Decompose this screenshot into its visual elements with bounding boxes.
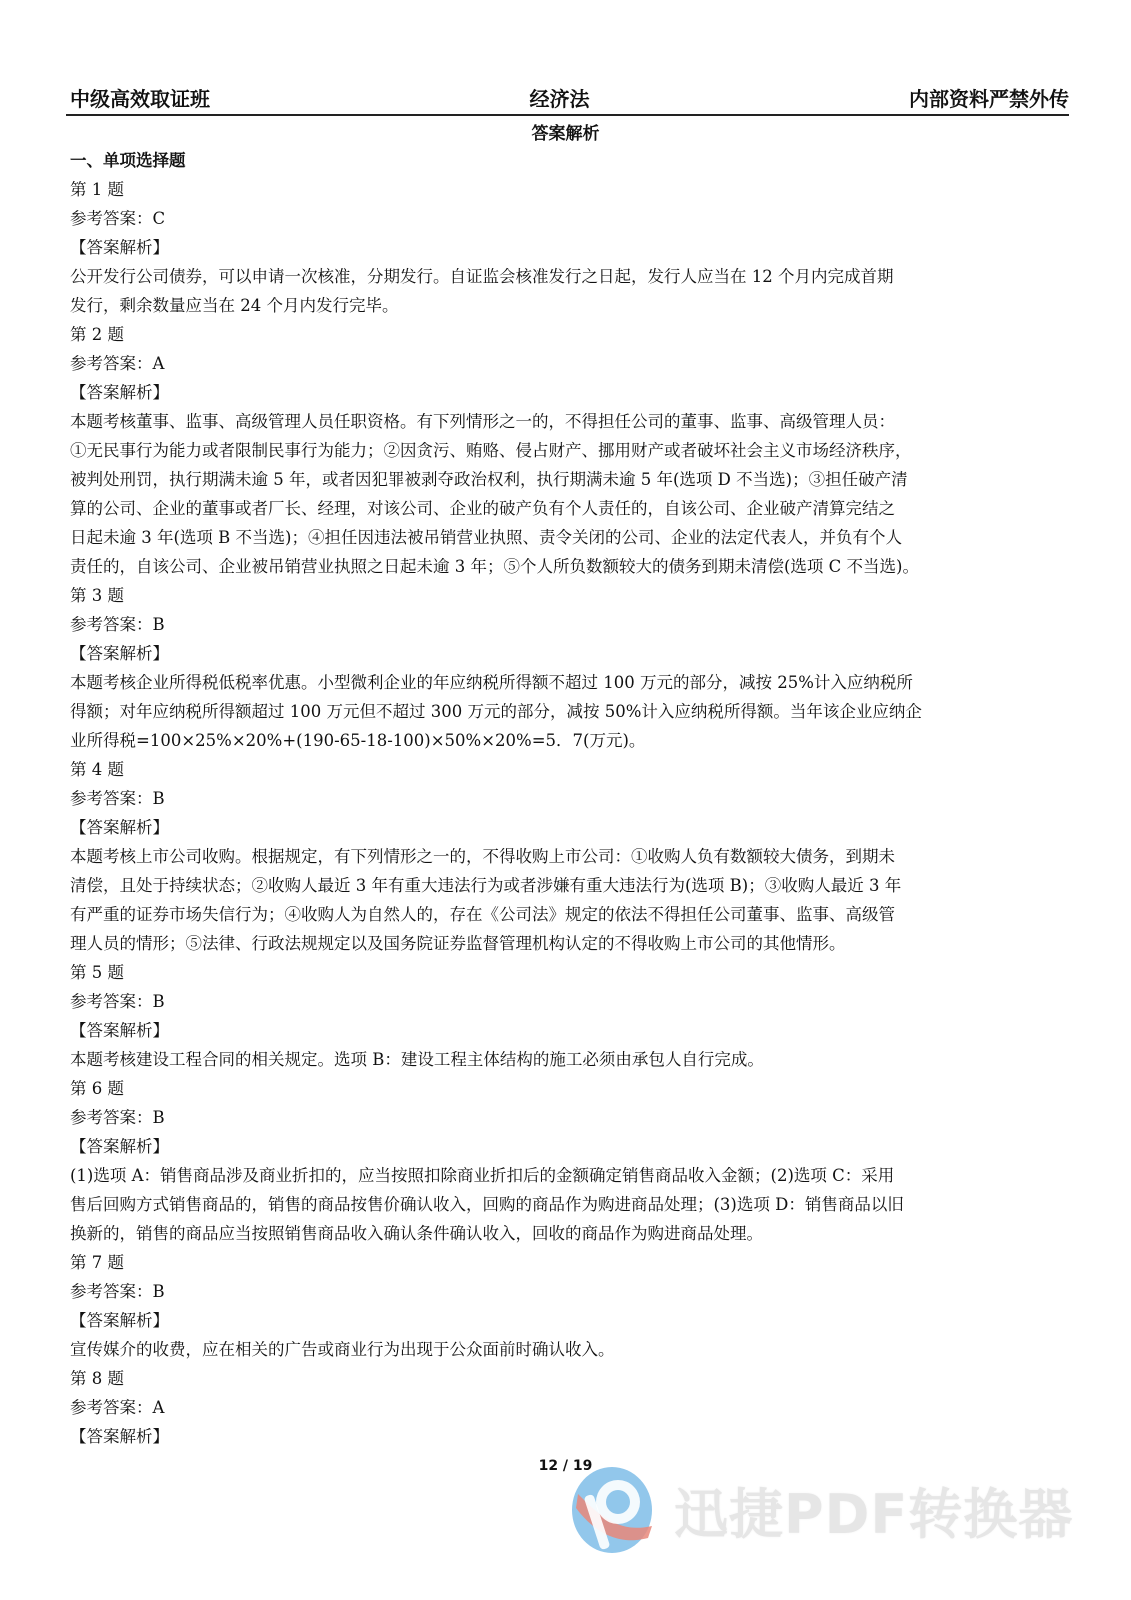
- analysis-line: 宣传媒介的收费，应在相关的广告或商业行为出现于公众面前时确认收入。: [70, 1335, 1067, 1364]
- question-block: 第 3 题 参考答案：B 【答案解析】 本题考核企业所得税低税率优惠。小型微利企…: [70, 581, 1067, 755]
- question-label: 第 1 题: [70, 175, 1067, 204]
- watermark: 迅捷PDF转换器: [568, 1455, 1088, 1565]
- header-left: 中级高效取证班: [70, 83, 210, 112]
- reference-answer: 参考答案：B: [70, 1103, 1067, 1132]
- analysis-line: 算的公司、企业的董事或者厂长、经理，对该公司、企业的破产负有个人责任的，自该公司…: [70, 494, 1067, 523]
- document-title: 答案解析: [0, 119, 1131, 144]
- question-label: 第 7 题: [70, 1248, 1067, 1277]
- analysis-label: 【答案解析】: [70, 1422, 1067, 1451]
- watermark-text: 迅捷PDF转换器: [674, 1472, 1073, 1549]
- analysis-label: 【答案解析】: [70, 233, 1067, 262]
- analysis-line: 本题考核上市公司收购。根据规定，有下列情形之一的，不得收购上市公司：①收购人负有…: [70, 842, 1067, 871]
- question-label: 第 3 题: [70, 581, 1067, 610]
- analysis-line: 本题考核企业所得税低税率优惠。小型微利企业的年应纳税所得额不超过 100 万元的…: [70, 668, 1067, 697]
- analysis-line: 公开发行公司债券，可以申请一次核准，分期发行。自证监会核准发行之日起，发行人应当…: [70, 262, 1067, 291]
- question-block: 第 5 题 参考答案：B 【答案解析】 本题考核建设工程合同的相关规定。选项 B…: [70, 958, 1067, 1074]
- reference-answer: 参考答案：A: [70, 349, 1067, 378]
- analysis-line: 清偿，且处于持续状态；②收购人最近 3 年有重大违法行为或者涉嫌有重大违法行为(…: [70, 871, 1067, 900]
- question-label: 第 6 题: [70, 1074, 1067, 1103]
- xunjie-pdf-logo-icon: [568, 1464, 656, 1556]
- analysis-line: 责任的，自该公司、企业被吊销营业执照之日起未逾 3 年；⑤个人所负数额较大的债务…: [70, 552, 1067, 581]
- question-block: 第 7 题 参考答案：B 【答案解析】 宣传媒介的收费，应在相关的广告或商业行为…: [70, 1248, 1067, 1364]
- analysis-line: 日起未逾 3 年(选项 B 不当选)；④担任因违法被吊销营业执照、责令关闭的公司…: [70, 523, 1067, 552]
- reference-answer: 参考答案：B: [70, 610, 1067, 639]
- section-heading: 一、单项选择题: [70, 146, 1067, 175]
- question-block: 第 4 题 参考答案：B 【答案解析】 本题考核上市公司收购。根据规定，有下列情…: [70, 755, 1067, 958]
- analysis-label: 【答案解析】: [70, 378, 1067, 407]
- analysis-label: 【答案解析】: [70, 1016, 1067, 1045]
- question-block: 第 8 题 参考答案：A 【答案解析】: [70, 1364, 1067, 1451]
- reference-answer: 参考答案：C: [70, 204, 1067, 233]
- analysis-label: 【答案解析】: [70, 1132, 1067, 1161]
- question-block: 第 1 题 参考答案：C 【答案解析】 公开发行公司债券，可以申请一次核准，分期…: [70, 175, 1067, 320]
- analysis-line: ①无民事行为能力或者限制民事行为能力；②因贪污、贿赂、侵占财产、挪用财产或者破坏…: [70, 436, 1067, 465]
- page-header: 中级高效取证班 经济法 内部资料严禁外传: [70, 80, 1069, 114]
- analysis-line: 售后回购方式销售商品的，销售的商品按售价确认收入，回购的商品作为购进商品处理；(…: [70, 1190, 1067, 1219]
- document-body: 一、单项选择题 第 1 题 参考答案：C 【答案解析】 公开发行公司债券，可以申…: [70, 146, 1067, 1451]
- reference-answer: 参考答案：A: [70, 1393, 1067, 1422]
- analysis-line: 本题考核董事、监事、高级管理人员任职资格。有下列情形之一的，不得担任公司的董事、…: [70, 407, 1067, 436]
- header-center: 经济法: [530, 83, 590, 112]
- analysis-label: 【答案解析】: [70, 813, 1067, 842]
- analysis-label: 【答案解析】: [70, 1306, 1067, 1335]
- analysis-line: (1)选项 A：销售商品涉及商业折扣的，应当按照扣除商业折扣后的金额确定销售商品…: [70, 1161, 1067, 1190]
- analysis-label: 【答案解析】: [70, 639, 1067, 668]
- analysis-line: 理人员的情形；⑤法律、行政法规规定以及国务院证券监督管理机构认定的不得收购上市公…: [70, 929, 1067, 958]
- header-divider: [66, 114, 1069, 116]
- reference-answer: 参考答案：B: [70, 987, 1067, 1016]
- analysis-line: 得额；对年应纳税所得额超过 100 万元但不超过 300 万元的部分，减按 50…: [70, 697, 1067, 726]
- question-label: 第 8 题: [70, 1364, 1067, 1393]
- reference-answer: 参考答案：B: [70, 784, 1067, 813]
- analysis-line: 换新的，销售的商品应当按照销售商品收入确认条件确认收入，回收的商品作为购进商品处…: [70, 1219, 1067, 1248]
- analysis-line: 被判处刑罚，执行期满未逾 5 年，或者因犯罪被剥夺政治权利，执行期满未逾 5 年…: [70, 465, 1067, 494]
- analysis-line: 发行，剩余数量应当在 24 个月内发行完毕。: [70, 291, 1067, 320]
- header-right: 内部资料严禁外传: [909, 83, 1069, 112]
- analysis-line: 本题考核建设工程合同的相关规定。选项 B：建设工程主体结构的施工必须由承包人自行…: [70, 1045, 1067, 1074]
- question-label: 第 4 题: [70, 755, 1067, 784]
- question-block: 第 6 题 参考答案：B 【答案解析】 (1)选项 A：销售商品涉及商业折扣的，…: [70, 1074, 1067, 1248]
- question-label: 第 2 题: [70, 320, 1067, 349]
- question-label: 第 5 题: [70, 958, 1067, 987]
- analysis-line: 业所得税=100×25%×20%+(190-65-18-100)×50%×20%…: [70, 726, 1067, 755]
- question-block: 第 2 题 参考答案：A 【答案解析】 本题考核董事、监事、高级管理人员任职资格…: [70, 320, 1067, 581]
- reference-answer: 参考答案：B: [70, 1277, 1067, 1306]
- analysis-line: 有严重的证券市场失信行为；④收购人为自然人的，存在《公司法》规定的依法不得担任公…: [70, 900, 1067, 929]
